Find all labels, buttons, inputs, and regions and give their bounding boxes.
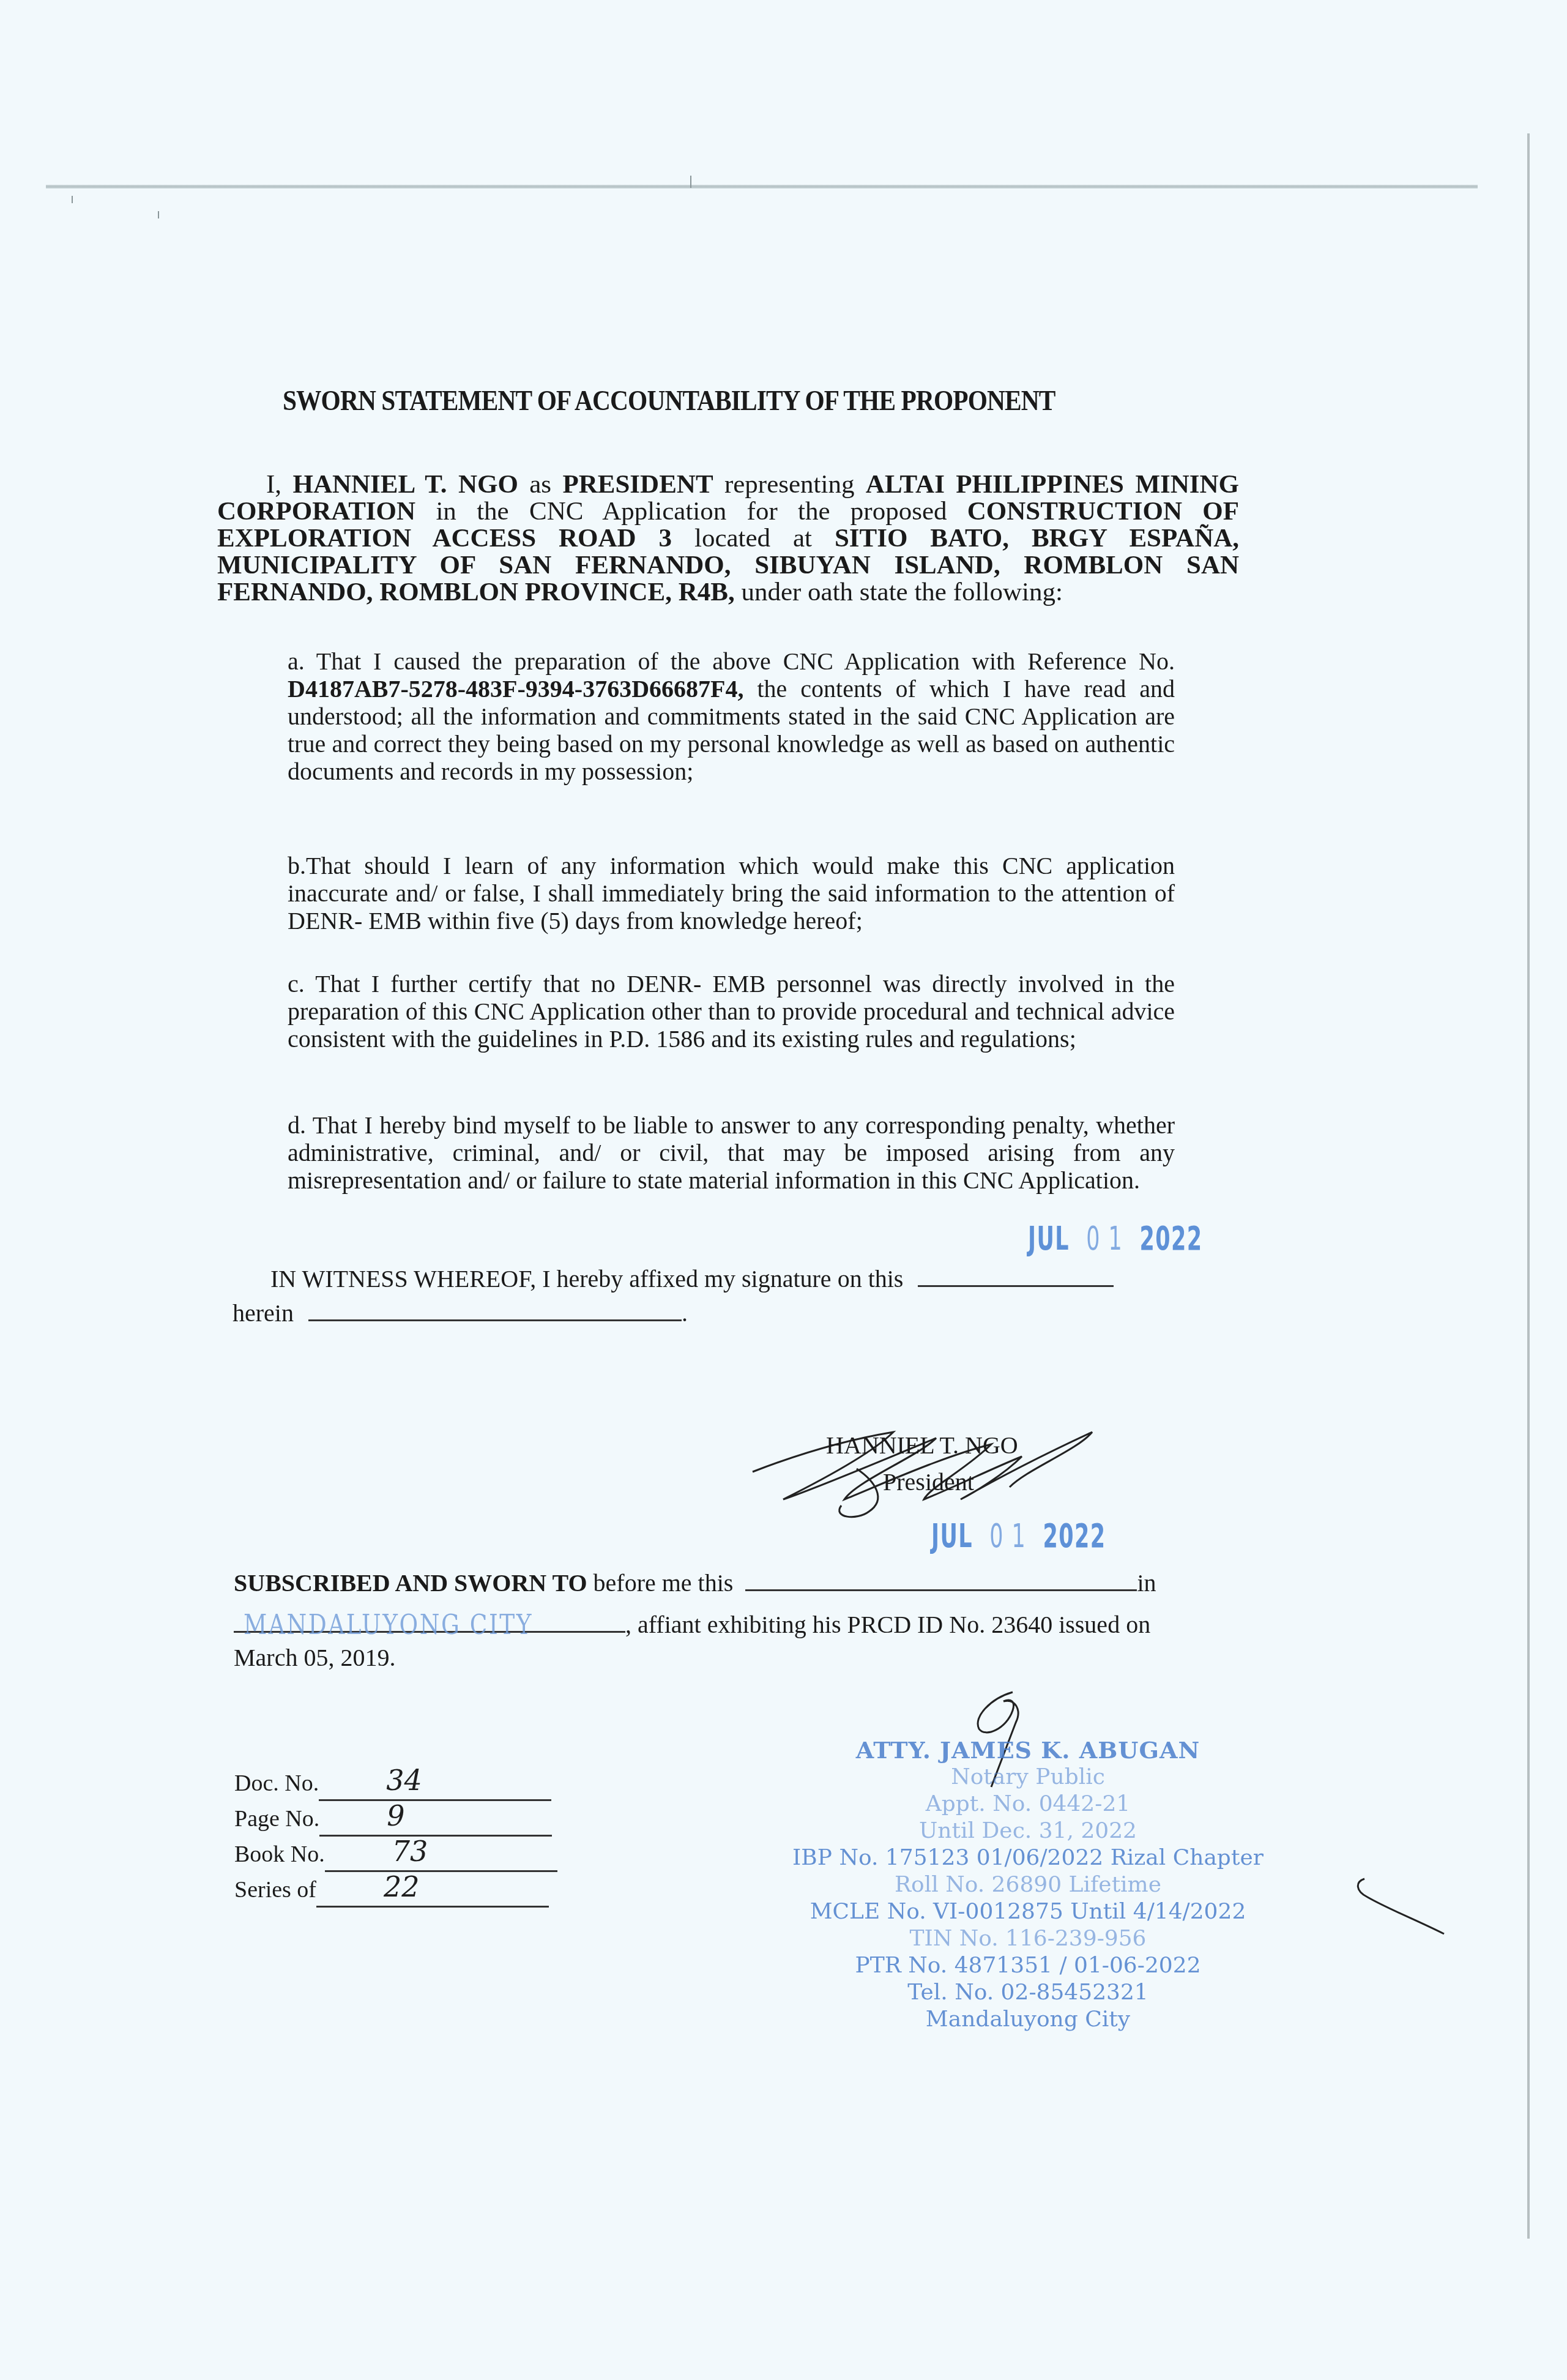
jurat-date-blank <box>745 1567 1137 1591</box>
notary-name: ATTY. JAMES K. ABUGAN <box>759 1737 1297 1764</box>
page-edge <box>1527 133 1530 2239</box>
statement-d: d. That I hereby bind myself to be liabl… <box>288 1111 1175 1194</box>
notary-stamp: ATTY. JAMES K. ABUGAN Notary Public Appt… <box>759 1737 1297 2033</box>
register-row-page: Page No. 9 <box>234 1801 557 1837</box>
place-blank <box>308 1297 682 1321</box>
scan-mark <box>158 211 159 218</box>
register-row-doc: Doc. No. 34 <box>234 1766 557 1801</box>
affiant-name: HANNIEL T. NGO <box>292 470 518 499</box>
reference-number: D4187AB7-5278-483F-9394-3763D66687F4, <box>288 675 744 703</box>
date-stamp: JUL 0 1 2022 <box>931 1516 1106 1555</box>
statement-b: b.That should I learn of any information… <box>288 852 1175 934</box>
statement-a: a. That I caused the preparation of the … <box>288 647 1175 785</box>
witness-clause: IN WITNESS WHEREOF, I hereby affixed my … <box>233 1262 1273 1330</box>
signature-date-blank <box>918 1263 1114 1287</box>
statement-c: c. That I further certify that no DENR- … <box>288 970 1175 1053</box>
intro-paragraph: I, HANNIEL T. NGO as PRESIDENT represent… <box>217 471 1239 606</box>
register-row-book: Book No. 73 <box>234 1837 557 1872</box>
document-title: SWORN STATEMENT OF ACCOUNTABILITY OF THE… <box>283 384 1087 417</box>
id-issued-date: March 05, 2019. <box>234 1641 1274 1674</box>
scan-mark <box>72 196 73 203</box>
signatory-name: HANNIEL T. NGO <box>826 1431 1018 1460</box>
city-stamp: MANDALUYONG CITY <box>244 1610 533 1641</box>
pen-mark <box>1352 1873 1462 1946</box>
notarial-register: Doc. No. 34 Page No. 9 Book No. 73 Serie… <box>234 1766 557 1908</box>
date-stamp: JUL 0 1 2022 <box>1028 1219 1203 1258</box>
affiant-position: PRESIDENT <box>562 470 713 499</box>
register-row-series: Series of 22 <box>234 1872 557 1908</box>
scan-mark <box>690 176 691 188</box>
scan-top-rule <box>46 185 1478 188</box>
signatory-title: President <box>883 1468 974 1496</box>
